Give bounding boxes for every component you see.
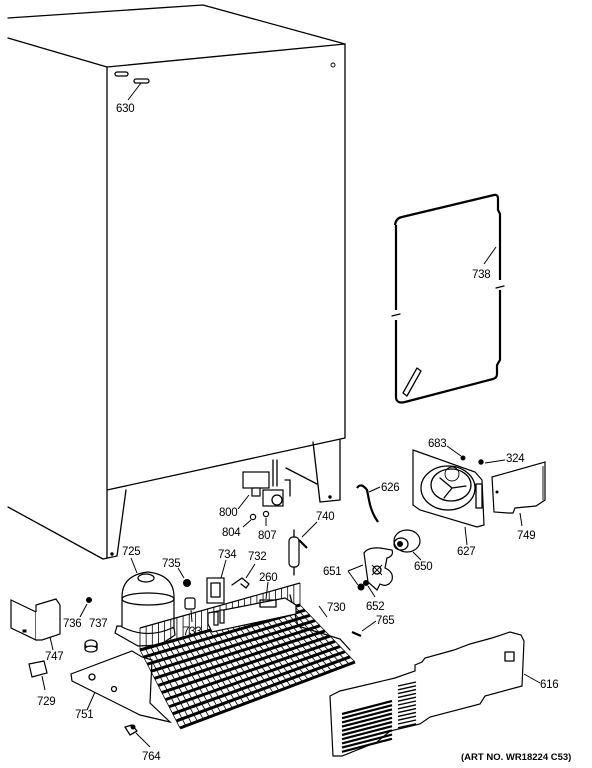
part-764: 764 <box>125 725 161 763</box>
label-730: 730 <box>327 602 345 614</box>
part-616: 616 <box>330 632 558 756</box>
part-324: 324 <box>479 453 525 465</box>
part-627: 627 <box>413 450 484 558</box>
part-729: 729 <box>29 661 55 708</box>
label-729: 729 <box>37 696 55 708</box>
cabinet <box>8 5 345 559</box>
label-740: 740 <box>316 511 334 523</box>
part-734: 734 <box>207 549 237 603</box>
part-807: 807 <box>258 511 276 542</box>
label-747: 747 <box>45 651 63 663</box>
label-651: 651 <box>323 566 341 578</box>
part-749: 749 <box>492 462 545 542</box>
label-652: 652 <box>366 601 384 613</box>
label-732: 732 <box>248 551 266 563</box>
part-747: 747 <box>11 599 63 663</box>
part-800: 800 <box>219 460 290 519</box>
part-650: 650 <box>394 530 432 573</box>
label-751: 751 <box>75 709 93 721</box>
part-736: 736 <box>63 598 92 631</box>
label-804: 804 <box>222 527 241 539</box>
label-324: 324 <box>506 453 525 465</box>
label-800: 800 <box>219 507 237 519</box>
label-807: 807 <box>258 530 276 542</box>
label-734: 734 <box>218 549 237 561</box>
label-765: 765 <box>376 615 394 627</box>
label-616: 616 <box>540 679 558 691</box>
part-738: 738 <box>392 195 504 403</box>
label-764: 764 <box>142 751 161 763</box>
parts-diagram: 630 738 683 324 627 749 <box>0 0 592 768</box>
part-765: 765 <box>352 615 394 636</box>
label-736: 736 <box>63 618 81 630</box>
label-627: 627 <box>457 546 475 558</box>
label-650: 650 <box>414 561 432 573</box>
label-738: 738 <box>472 269 490 281</box>
art-number: (ART NO. WR18224 C53) <box>461 752 571 763</box>
label-737: 737 <box>89 618 107 630</box>
part-651: 651 <box>323 548 392 590</box>
label-683: 683 <box>428 438 446 450</box>
label-725: 725 <box>122 546 140 558</box>
label-260: 260 <box>259 572 277 584</box>
label-749: 749 <box>517 530 535 542</box>
part-630: 630 <box>115 72 149 115</box>
part-626: 626 <box>357 482 399 522</box>
label-626: 626 <box>381 482 399 494</box>
part-737: 737 <box>85 618 107 652</box>
label-630: 630 <box>116 103 134 115</box>
label-735: 735 <box>162 558 180 570</box>
